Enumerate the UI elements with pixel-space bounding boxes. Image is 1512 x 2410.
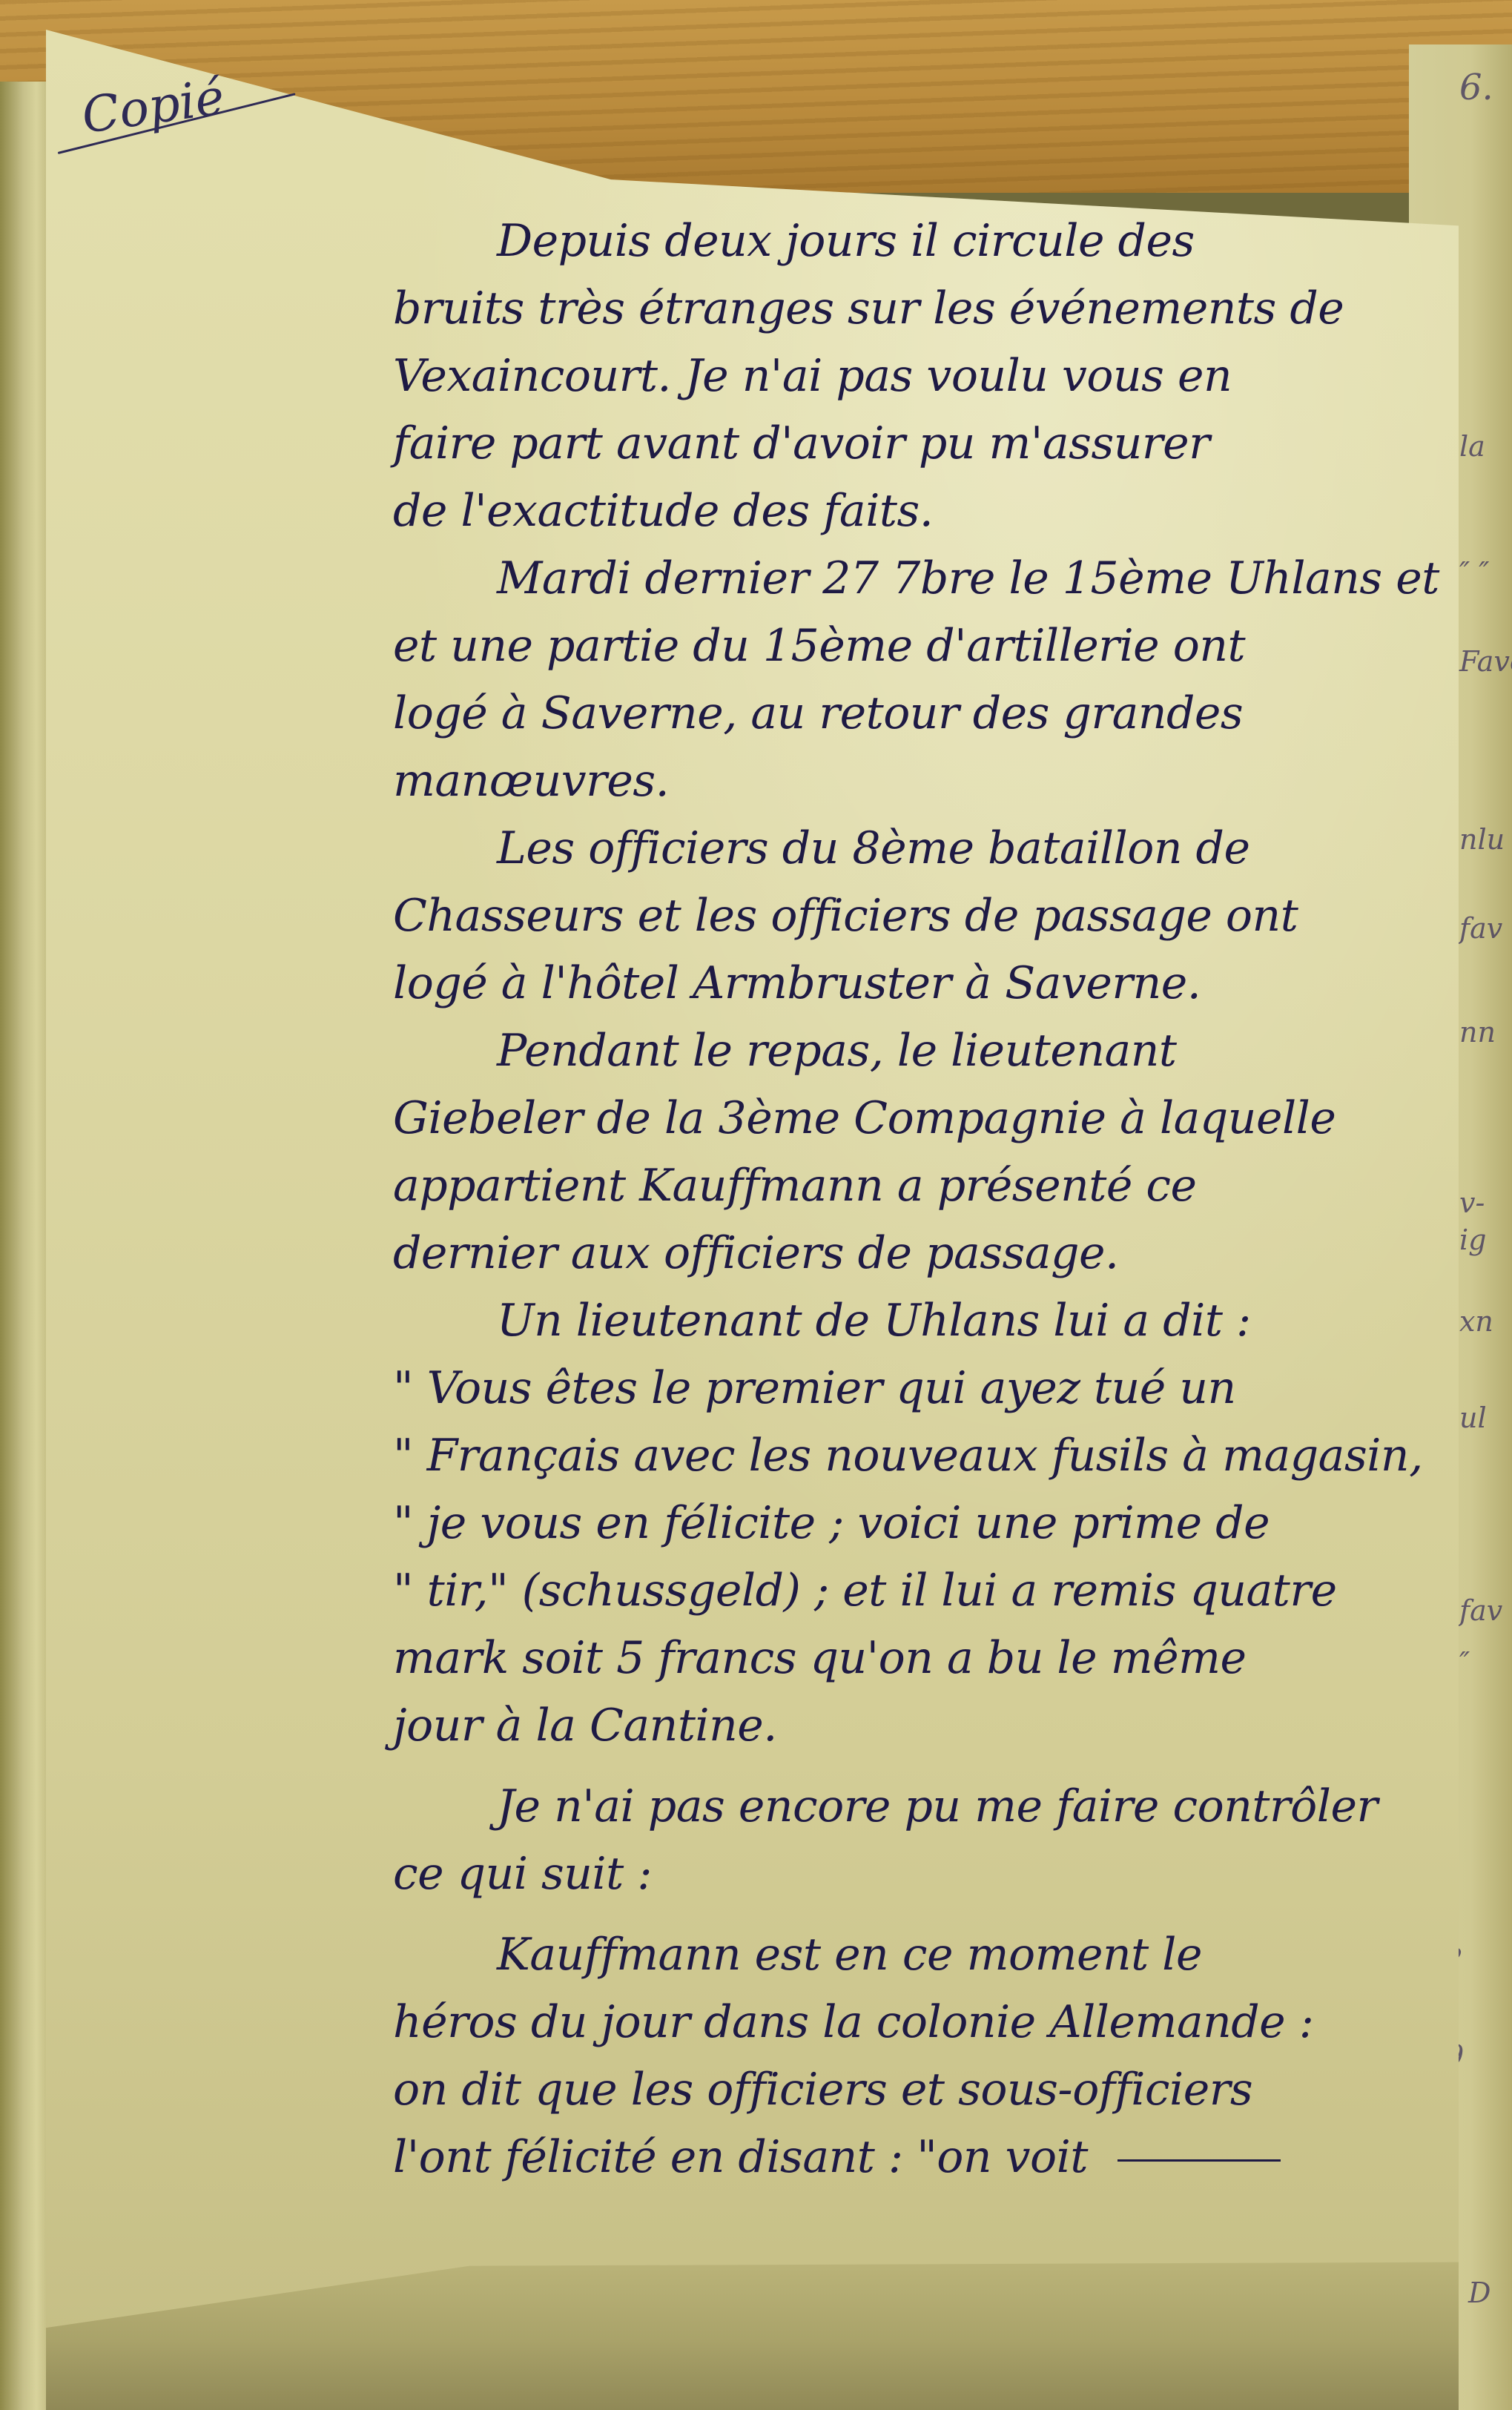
margin-fragment: nlu (1459, 823, 1505, 856)
margin-fragment: ″ (1459, 1646, 1470, 1679)
text-line: appartient Kauffmann a présenté ce (393, 1152, 1446, 1220)
margin-fragment: la (1459, 430, 1485, 463)
text-line: jour à la Cantine. (393, 1692, 1446, 1760)
text-line-last-content: l'ont félicité en disant : "on voit (393, 2131, 1088, 2183)
text-line: Depuis deux jours il circule des (393, 208, 1446, 275)
text-line: Les officiers du 8ème bataillon de (393, 815, 1446, 882)
text-line: " Vous êtes le premier qui ayez tué un (393, 1355, 1446, 1422)
text-line-last: l'ont félicité en disant : "on voit (393, 2124, 1446, 2191)
underlying-page-number: 6. (1459, 67, 1493, 108)
text-line: Chasseurs et les officiers de passage on… (393, 882, 1446, 950)
text-line: on dit que les officiers et sous-officie… (393, 2056, 1446, 2124)
text-line: Kauffmann est en ce moment le (393, 1921, 1446, 1989)
margin-fragment: v- (1459, 1186, 1485, 1219)
text-line: " Français avec les nouveaux fusils à ma… (393, 1422, 1446, 1490)
margin-fragment: nn (1459, 1016, 1496, 1049)
continuation-dash (1118, 2159, 1281, 2162)
text-line: ce qui suit : (393, 1840, 1446, 1908)
text-line: manœuvres. (393, 747, 1446, 815)
text-line: Vexaincourt. Je n'ai pas voulu vous en (393, 343, 1446, 410)
text-line: Giebeler de la 3ème Compagnie à laquelle (393, 1085, 1446, 1152)
text-line: et une partie du 15ème d'artillerie ont (393, 613, 1446, 680)
text-line: de l'exactitude des faits. (393, 478, 1446, 545)
text-line: Mardi dernier 27 7bre le 15ème Uhlans et (393, 545, 1446, 613)
letter-body: Depuis deux jours il circule des bruits … (393, 208, 1446, 2191)
text-line: dernier aux officiers de passage. (393, 1220, 1446, 1287)
text-line: logé à l'hôtel Armbruster à Saverne. (393, 950, 1446, 1017)
text-line: faire part avant d'avoir pu m'assurer (393, 410, 1446, 478)
text-line: bruits très étranges sur les événements … (393, 275, 1446, 343)
text-line: Je n'ai pas encore pu me faire contrôler (393, 1773, 1446, 1840)
margin-fragment: ig (1459, 1224, 1486, 1256)
text-line: mark soit 5 francs qu'on a bu le même (393, 1625, 1446, 1692)
margin-fragment: fav (1459, 912, 1502, 945)
text-line: logé à Saverne, au retour des grandes (393, 680, 1446, 747)
margin-fragment: xn (1459, 1305, 1493, 1338)
text-line: " je vous en félicite ; voici une prime … (393, 1490, 1446, 1557)
text-line: Pendant le repas, le lieutenant (393, 1017, 1446, 1085)
margin-fragment: ul (1459, 1402, 1487, 1434)
margin-fragment: fav (1459, 1594, 1502, 1627)
margin-fragment: ″ ″ (1459, 556, 1489, 589)
text-line: Un lieutenant de Uhlans lui a dit : (393, 1287, 1446, 1355)
margin-fragment: D (1468, 2277, 1490, 2309)
text-line: héros du jour dans la colonie Allemande … (393, 1989, 1446, 2056)
margin-fragment: Favo (1459, 645, 1512, 678)
book-binding-edge (0, 82, 53, 2410)
text-line: " tir," (schussgeld) ; et il lui a remis… (393, 1557, 1446, 1625)
